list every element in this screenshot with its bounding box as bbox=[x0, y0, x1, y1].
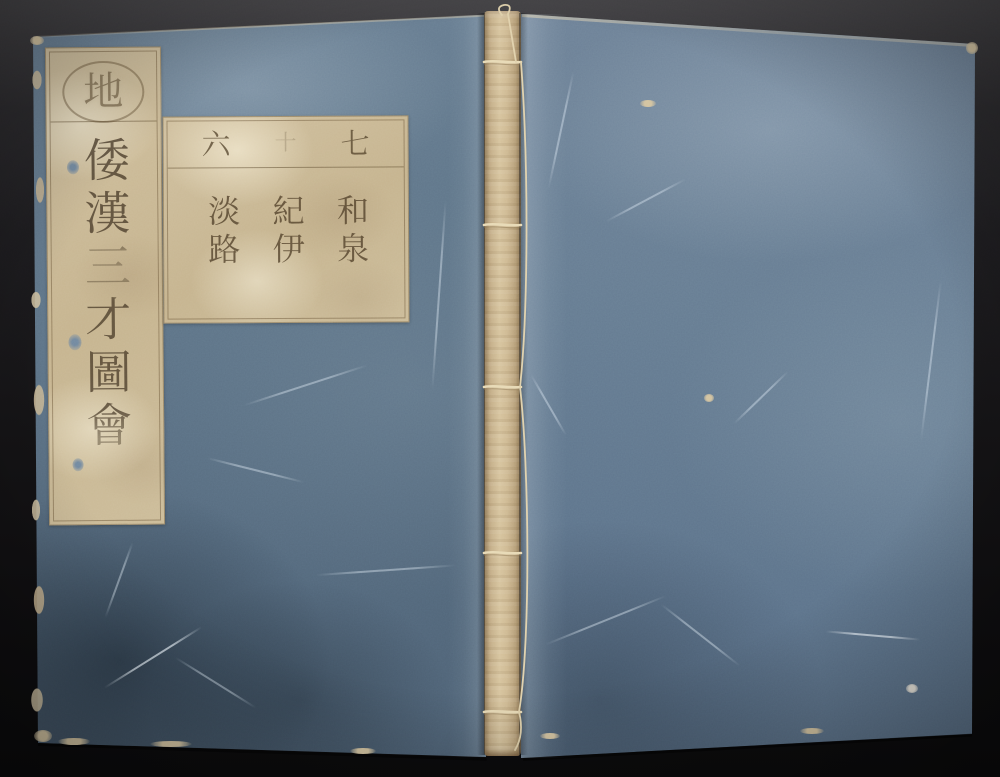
province-kii: 紀伊 bbox=[268, 194, 304, 270]
volume-char-10: 十 bbox=[275, 133, 297, 155]
worn-spot bbox=[906, 684, 918, 693]
series-seal-box: 地 bbox=[50, 52, 157, 123]
worn-edge-spot bbox=[350, 748, 376, 754]
worn-edge-spot bbox=[30, 36, 44, 45]
binding-thread bbox=[455, 0, 555, 777]
worn-edge-spot bbox=[640, 100, 656, 107]
volume-char-7: 七 bbox=[340, 129, 369, 158]
label-damage-spot bbox=[68, 334, 81, 350]
worn-fore-edge bbox=[31, 40, 46, 740]
worn-edge-spot bbox=[58, 738, 90, 745]
volume-char-6: 六 bbox=[202, 130, 231, 159]
province-awaji: 淡路 bbox=[204, 194, 240, 270]
province-izumi: 和泉 bbox=[333, 194, 369, 270]
label-damage-spot bbox=[73, 458, 84, 471]
contents-label: 七 十 六 和泉 紀伊 淡路 bbox=[162, 115, 409, 323]
worn-edge-spot bbox=[800, 728, 824, 734]
label-damage-spot bbox=[67, 160, 79, 174]
volume-number-row: 七 十 六 bbox=[167, 120, 403, 168]
stain-spot bbox=[704, 394, 714, 402]
book-title-vertical-text: 倭漢三才圖會 bbox=[71, 136, 140, 497]
series-seal-circle: 地 bbox=[62, 61, 145, 124]
series-seal-character: 地 bbox=[83, 72, 123, 112]
title-label: 地 倭漢三才圖會 bbox=[45, 47, 165, 526]
worn-edge-spot bbox=[966, 42, 978, 54]
worn-edge-spot bbox=[34, 730, 52, 742]
province-list: 和泉 紀伊 淡路 bbox=[168, 167, 405, 318]
worn-edge-spot bbox=[150, 741, 192, 747]
photo-of-antique-book: 地 倭漢三才圖會 七 十 六 和泉 紀伊 淡路 bbox=[0, 0, 1000, 777]
